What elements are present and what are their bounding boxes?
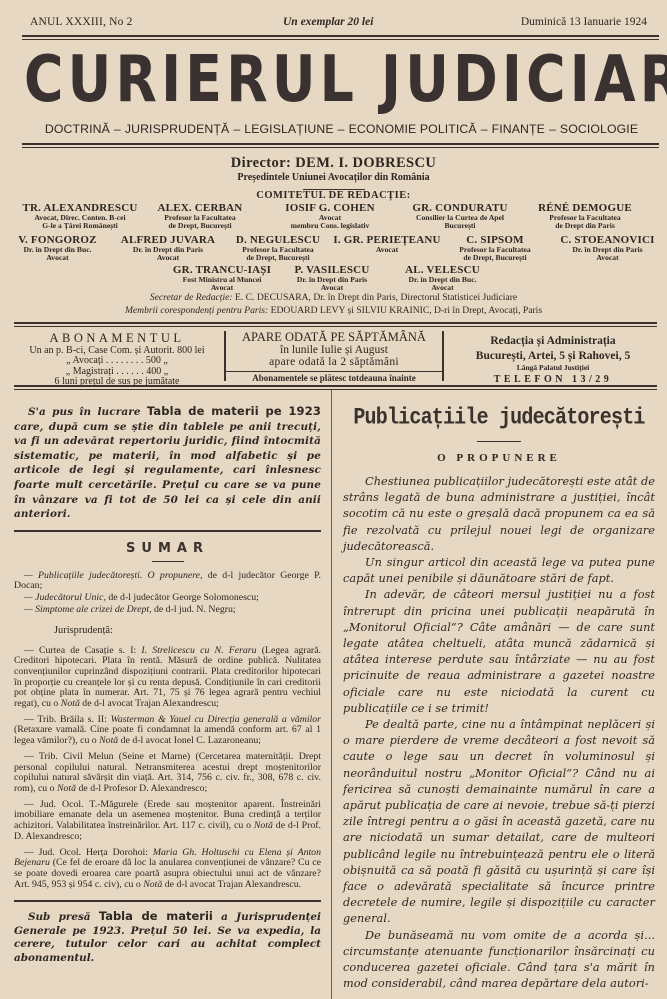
article-paragraph: In adevăr, de câteori mersul justiției n…	[343, 587, 655, 717]
committee-member: ALEX. CERBAN Profesor la Facultatea de D…	[150, 202, 250, 231]
jurisprudence-label: Jurisprudență:	[14, 625, 321, 636]
case-item: — Curtea de Casație s. I: I. Strelicescu…	[14, 646, 321, 710]
divider	[152, 561, 184, 562]
issue-number: ANUL XXXIII, No 2	[30, 16, 133, 28]
article-paragraph: De bunăseamă nu vom omite de a acorda și…	[343, 928, 655, 993]
article-body: Chestiunea publicațiilor judecătorești e…	[343, 474, 655, 993]
address-note: Lângă Palatul Justiției	[448, 363, 658, 373]
address: București, Artei, 5 și Rahovei, 5	[448, 349, 658, 363]
masthead: CURIERUL JUDICIAR	[24, 46, 657, 114]
summary-item: — Judecătorul Unic, de d-l judecător Geo…	[14, 593, 321, 604]
committee-member: C. STOEANOVICI Dr. în Drept din Paris Av…	[560, 234, 655, 263]
divider	[14, 530, 321, 532]
article-paragraph: Pe dealtă parte, cine nu a întâmpinat ne…	[343, 717, 655, 928]
subject: LEGISLAȚIUNE	[244, 122, 333, 136]
top-double-rule	[22, 35, 659, 37]
committee-member: D. NEGULESCU Profesor la Facultatea de D…	[228, 234, 328, 263]
column-divider	[331, 390, 332, 999]
committee-member: AL. VELESCU Dr. în Drept din Buc. Avocat	[395, 264, 490, 293]
top-strip: ANUL XXXIII, No 2 Un exemplar 20 lei Dum…	[30, 16, 653, 30]
article-subtitle: O PROPUNERE	[343, 452, 655, 464]
committee-member: IOSIF G. COHEN Avocat membru Cons. legis…	[280, 202, 380, 231]
newspaper-page: ANUL XXXIII, No 2 Un exemplar 20 lei Dum…	[0, 0, 667, 999]
case-item: — Jud. Ocol. T.-Măgurele (Erede sau moșt…	[14, 800, 321, 843]
issue-date: Duminică 13 Ianuarie 1924	[521, 16, 647, 28]
info-top-rule	[14, 322, 657, 324]
subscription-box: ABONAMENTUL Un an p. B-ci, Case Com. și …	[14, 331, 220, 381]
issue-price: Un exemplar 20 lei	[283, 16, 373, 28]
frequency-heading: APARE ODATĂ PE SĂPTĂMÂNĂ	[226, 331, 442, 344]
subscription-heading: ABONAMENTUL	[14, 331, 220, 346]
committee-member: GR. TRANCU-IAȘI Fost Ministru al Muncei …	[172, 264, 272, 293]
frequency-box: APARE ODATĂ PE SĂPTĂMÂNĂ în lunile Iulie…	[224, 331, 444, 381]
committee-member: P. VASILESCU Dr. în Drept din Paris Avoc…	[282, 264, 382, 293]
secretary-line: Secretar de Redacție: E. C. DECUSARA, Dr…	[0, 292, 667, 303]
director-block: Director: DEM. I. DOBRESCU Președintele …	[0, 155, 667, 190]
subject: DOCTRINĂ	[45, 122, 110, 136]
committee-member: GR. CONDURATU Consilier la Curtea de Ape…	[400, 202, 520, 231]
case-item: — Trib. Civil Melun (Seine et Marne) (Ce…	[14, 752, 321, 795]
summary-heading: SUMAR	[14, 541, 321, 556]
divider	[477, 441, 521, 442]
subject: FINANȚE	[492, 122, 545, 136]
committee-member: ALFRED JUVARA Dr. în Drept din Paris Avo…	[118, 234, 218, 263]
summary-item: — Publicațiile judecătorești. O propuner…	[14, 571, 321, 592]
case-item: — Trib. Brăila s. II: Wasterman & Yauel …	[14, 715, 321, 747]
administration-heading: Redacția și Administrația	[448, 333, 658, 349]
director-role: Președintele Uniunei Avocaților din Româ…	[0, 172, 667, 183]
subject: JURISPRUDENȚĂ	[125, 122, 229, 136]
committee-member: RÉNÉ DEMOGUE Profesor la Facultatea de D…	[530, 202, 640, 231]
subject: ECONOMIE POLITICĂ	[349, 122, 477, 136]
article-paragraph: Chestiunea publicațiilor judecătorești e…	[343, 474, 655, 555]
committee-member: V. FONGOROZ Dr. în Drept din Buc. Avocat	[10, 234, 105, 263]
payment-note: Abonamentele se plătesc totdeauna înaint…	[226, 371, 442, 383]
newspaper-title: CURIERUL JUDICIAR	[24, 46, 667, 114]
administration-box: Redacția și Administrația București, Art…	[448, 331, 658, 381]
subject: SOCIOLOGIE	[560, 122, 638, 136]
subjects-line: DOCTRINĂ–JURISPRUDENȚĂ–LEGISLAȚIUNE–ECON…	[28, 122, 655, 136]
left-column: S'a pus în lucrare Tabla de materii pe 1…	[14, 404, 321, 965]
masthead-double-rule	[22, 143, 659, 145]
case-item: — Jud. Ocol. Herța Dorohoi: Maria Gh. Ho…	[14, 848, 321, 891]
article-title: Publicațiile judecătorești	[343, 405, 655, 431]
divider	[14, 900, 321, 902]
article-column: Publicațiile judecătorești O PROPUNERE C…	[343, 404, 655, 993]
promo-table-of-contents: S'a pus în lucrare Tabla de materii pe 1…	[14, 404, 321, 522]
committee-member: TR. ALEXANDRESCU Avocat, Direc. Conten. …	[20, 202, 140, 231]
committee-member: I. GR. PERIEȚEANU Avocat	[332, 234, 442, 254]
paris-correspondents-line: Membrii corespondenți pentru Paris: EDOU…	[0, 305, 667, 316]
promo-jurisprudence-index: Sub presă Tabla de materii a Jurispruden…	[14, 910, 321, 965]
director-name: Director: DEM. I. DOBRESCU	[0, 155, 667, 172]
committee-member: C. SIPSOM Profesor la Facultatea de Drep…	[445, 234, 545, 263]
committee-heading: COMITETUL DE REDACȚIE:	[0, 190, 667, 201]
summary-item: — Simptome ale crizei de Drept, de d-l j…	[14, 605, 321, 616]
article-paragraph: Un singur articol din această lege va pu…	[343, 555, 655, 587]
info-bottom-rule	[14, 385, 657, 387]
